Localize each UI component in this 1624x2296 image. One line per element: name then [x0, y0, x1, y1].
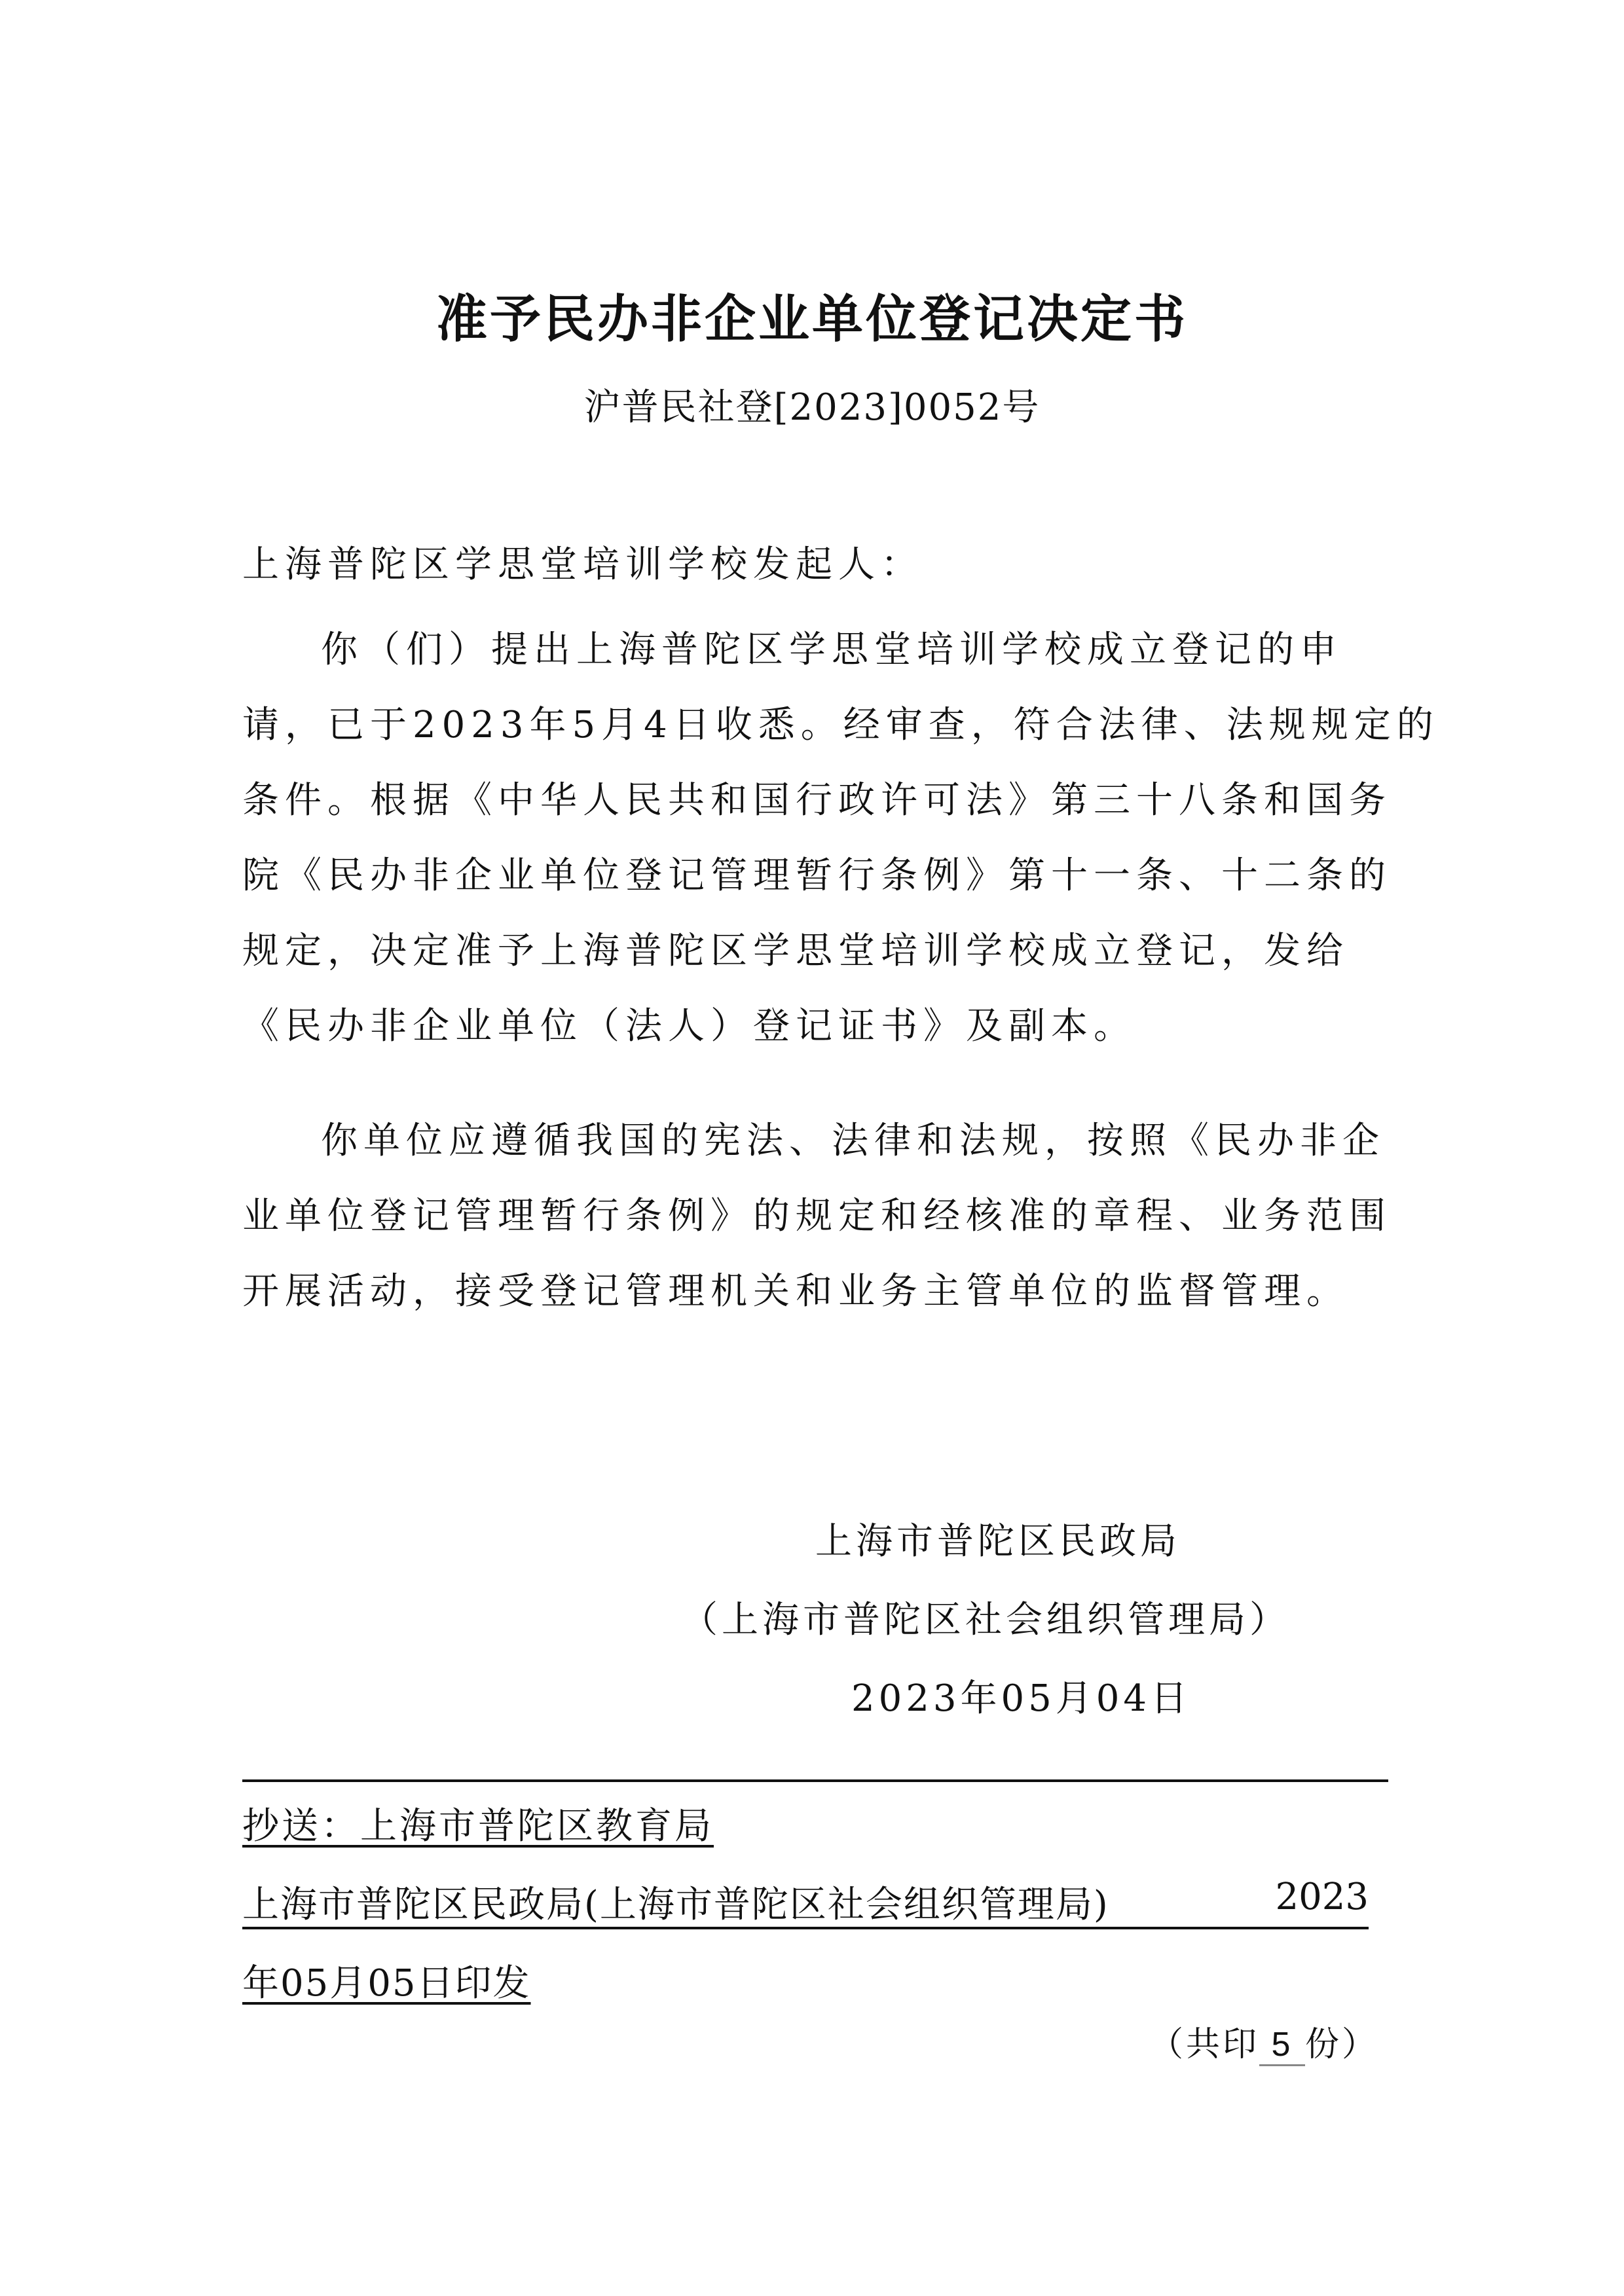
- cc-line: 抄送：上海市普陀区教育局: [242, 1797, 714, 1850]
- paragraph-line: 请，已于2023年5月4日收悉。经审查，符合法律、法规规定的: [242, 696, 1439, 748]
- paragraph-line: 《民办非企业单位（法人）登记证书》及副本。: [242, 997, 1136, 1049]
- document-number: 沪普民社登[2023]0052号: [0, 378, 1624, 431]
- paragraph-line: 条件。根据《中华人民共和国行政许可法》第三十八条和国务: [242, 771, 1392, 824]
- paragraph-line: 院《民办非企业单位登记管理暂行条例》第十一条、十二条的: [242, 847, 1392, 899]
- paragraph-line: 开展活动，接受登记管理机关和业务主管单位的监督管理。: [242, 1262, 1349, 1315]
- issuer-line-2: 年05月05日印发: [242, 1954, 531, 2007]
- signature-org: 上海市普陀区民政局: [815, 1512, 1181, 1565]
- copies-prefix: （共印: [1149, 2025, 1259, 2064]
- issuer-line-1: 上海市普陀区民政局(上海市普陀区社会组织管理局) 2023: [242, 1876, 1369, 1929]
- signature-org-alias: （上海市普陀区社会组织管理局）: [681, 1591, 1290, 1643]
- paragraph-line: 业单位登记管理暂行条例》的规定和经核准的章程、业务范围: [242, 1187, 1392, 1239]
- document-title: 准予民办非企业单位登记决定书: [0, 278, 1624, 352]
- signature-date: 2023年05月04日: [851, 1669, 1191, 1722]
- copies-count: 5: [1259, 2025, 1305, 2066]
- paragraph-line: 你（们）提出上海普陀区学思堂培训学校成立登记的申: [321, 621, 1342, 673]
- addressee: 上海普陀区学思堂培训学校发起人：: [242, 536, 923, 588]
- issuer-name: 上海市普陀区民政局(上海市普陀区社会组织管理局): [242, 1876, 1109, 1928]
- paragraph-line: 你单位应遵循我国的宪法、法律和法规，按照《民办非企: [321, 1112, 1385, 1164]
- copies-count-line: （共印5份）: [1149, 2016, 1378, 2066]
- paragraph-line: 规定，决定准予上海普陀区学思堂培训学校成立登记，发给: [242, 922, 1349, 974]
- issuer-year: 2023: [1275, 1876, 1369, 1918]
- copies-suffix: 份）: [1305, 2025, 1378, 2064]
- divider-rule: [242, 1779, 1388, 1782]
